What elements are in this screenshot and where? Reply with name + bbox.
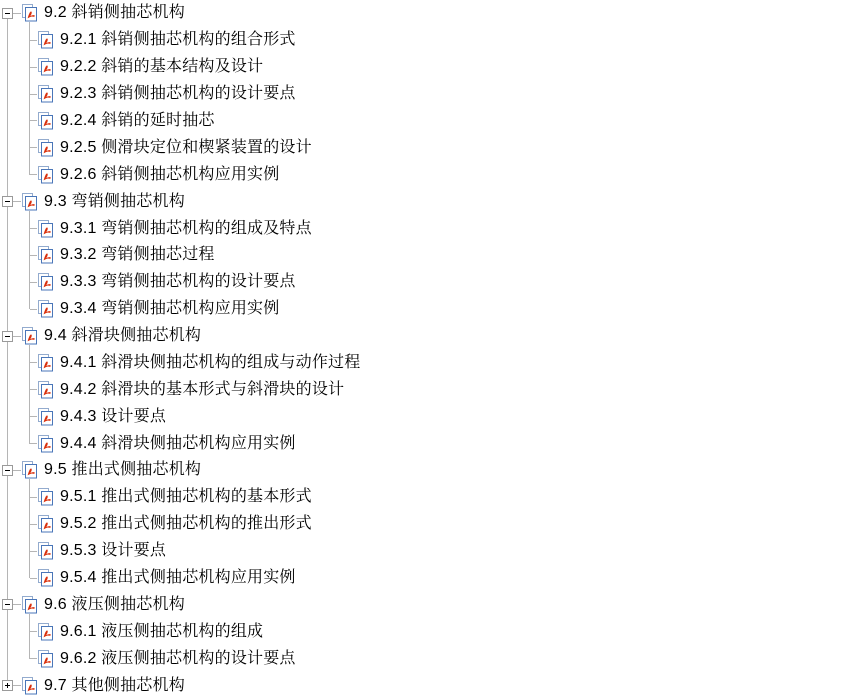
tree-stub-connector-line (30, 147, 37, 148)
tree-branch-connector-line (29, 22, 30, 174)
tree-item-section[interactable]: 9.3 弯销侧抽芯机构 (21, 188, 185, 215)
pdf-icon (37, 569, 55, 587)
tree-stub-connector-line (30, 228, 37, 229)
tree-item-label[interactable]: 9.3.4 弯销侧抽芯机构应用实例 (55, 301, 279, 317)
tree-stub-connector-line (30, 40, 37, 41)
pdf-icon (37, 300, 55, 318)
tree-item-subsection[interactable]: 9.5.2 推出式侧抽芯机构的推出形式 (37, 511, 312, 538)
tree-item-subsection[interactable]: 9.2.2 斜销的基本结构及设计 (37, 54, 263, 81)
pdf-icon (37, 112, 55, 130)
tree-item-label[interactable]: 9.4 斜滑块侧抽芯机构 (39, 328, 201, 344)
tree-stub-connector-line (30, 443, 37, 444)
pdf-icon (37, 31, 55, 49)
tree-item-label[interactable]: 9.5 推出式侧抽芯机构 (39, 462, 201, 478)
tree-branch-connector-line (29, 614, 30, 659)
pdf-icon (37, 166, 55, 184)
tree-item-subsection[interactable]: 9.2.3 斜销侧抽芯机构的设计要点 (37, 81, 296, 108)
tree-stub-connector-line (30, 362, 37, 363)
tree-item-section[interactable]: 9.5 推出式侧抽芯机构 (21, 457, 201, 484)
tree-item-label[interactable]: 9.6.1 液压侧抽芯机构的组成 (55, 624, 263, 640)
minus-icon (5, 604, 10, 605)
tree-stub-connector-line (30, 255, 37, 256)
tree-stub-connector-line (30, 67, 37, 68)
pdf-icon (21, 327, 39, 345)
tree-branch-connector-line (29, 211, 30, 310)
tree-stub-connector-line (30, 309, 37, 310)
tree-item-subsection[interactable]: 9.6.1 液压侧抽芯机构的组成 (37, 618, 263, 645)
tree-item-label[interactable]: 9.2.2 斜销的基本结构及设计 (55, 59, 263, 75)
tree-stub-connector-line (30, 658, 37, 659)
tree-item-label[interactable]: 9.3.2 弯销侧抽芯过程 (55, 247, 215, 263)
pdf-icon (21, 193, 39, 211)
tree-item-subsection[interactable]: 9.2.4 斜销的延时抽芯 (37, 108, 215, 135)
tree-stub-connector-line (30, 578, 37, 579)
tree-stub-connector-line (30, 497, 37, 498)
tree-item-section[interactable]: 9.7 其他侧抽芯机构 (21, 672, 185, 699)
pdf-icon (37, 650, 55, 668)
pdf-icon (37, 85, 55, 103)
tree-stub-connector-line (30, 120, 37, 121)
tree-item-subsection[interactable]: 9.4.3 设计要点 (37, 403, 166, 430)
pdf-icon (37, 58, 55, 76)
tree-stub-connector-line (30, 631, 37, 632)
tree-stub-connector-line (30, 174, 37, 175)
collapse-toggle[interactable] (2, 8, 13, 19)
tree-item-label[interactable]: 9.2.6 斜销侧抽芯机构应用实例 (55, 167, 279, 183)
collapse-toggle[interactable] (2, 331, 13, 342)
minus-icon (5, 336, 10, 337)
tree-item-label[interactable]: 9.4.4 斜滑块侧抽芯机构应用实例 (55, 436, 296, 452)
tree-item-subsection[interactable]: 9.3.4 弯销侧抽芯机构应用实例 (37, 296, 279, 323)
tree-stub-connector-line (13, 201, 21, 202)
tree-item-label[interactable]: 9.2.5 侧滑块定位和楔紧装置的设计 (55, 140, 312, 156)
tree-stub-connector-line (30, 94, 37, 95)
pdf-icon (37, 273, 55, 291)
pdf-icon (37, 488, 55, 506)
tree-stub-connector-line (13, 604, 21, 605)
tree-stub-connector-line (30, 282, 37, 283)
pdf-icon (21, 4, 39, 22)
tree-item-label[interactable]: 9.2.4 斜销的延时抽芯 (55, 113, 215, 129)
tree-item-subsection[interactable]: 9.4.2 斜滑块的基本形式与斜滑块的设计 (37, 376, 344, 403)
tree-item-subsection[interactable]: 9.2.6 斜销侧抽芯机构应用实例 (37, 161, 279, 188)
tree-item-subsection[interactable]: 9.2.1 斜销侧抽芯机构的组合形式 (37, 27, 296, 54)
tree-item-subsection[interactable]: 9.4.1 斜滑块侧抽芯机构的组成与动作过程 (37, 350, 360, 377)
tree-stub-connector-line (13, 685, 21, 686)
collapse-toggle[interactable] (2, 465, 13, 476)
tree-item-label[interactable]: 9.2.1 斜销侧抽芯机构的组合形式 (55, 32, 296, 48)
tree-item-label[interactable]: 9.3 弯销侧抽芯机构 (39, 194, 185, 210)
tree-item-subsection[interactable]: 9.2.5 侧滑块定位和楔紧装置的设计 (37, 134, 312, 161)
pdf-icon (37, 354, 55, 372)
tree-item-subsection[interactable]: 9.3.2 弯销侧抽芯过程 (37, 242, 215, 269)
minus-icon (5, 13, 10, 14)
tree-item-label[interactable]: 9.5.3 设计要点 (55, 543, 166, 559)
tree-stub-connector-line (13, 336, 21, 337)
tree-item-section[interactable]: 9.2 斜销侧抽芯机构 (21, 0, 185, 27)
minus-icon (5, 201, 10, 202)
tree-item-label[interactable]: 9.2.3 斜销侧抽芯机构的设计要点 (55, 86, 296, 102)
tree-item-label[interactable]: 9.4.1 斜滑块侧抽芯机构的组成与动作过程 (55, 355, 360, 371)
collapse-toggle[interactable] (2, 196, 13, 207)
tree-item-section[interactable]: 9.4 斜滑块侧抽芯机构 (21, 323, 201, 350)
pdf-icon (21, 596, 39, 614)
pdf-icon (21, 461, 39, 479)
tree-item-label[interactable]: 9.3.3 弯销侧抽芯机构的设计要点 (55, 274, 296, 290)
pdf-icon (37, 408, 55, 426)
minus-icon (5, 470, 10, 471)
tree-stub-connector-line (30, 524, 37, 525)
pdf-icon (37, 381, 55, 399)
tree-item-label[interactable]: 9.2 斜销侧抽芯机构 (39, 5, 185, 21)
tree-item-subsection[interactable]: 9.4.4 斜滑块侧抽芯机构应用实例 (37, 430, 296, 457)
pdf-bookmarks-tree: 9.2 斜销侧抽芯机构9.2.1 斜销侧抽芯机构的组合形式9.2.2 斜销的基本… (0, 0, 846, 699)
tree-item-label[interactable]: 9.5.2 推出式侧抽芯机构的推出形式 (55, 516, 312, 532)
tree-stub-connector-line (30, 389, 37, 390)
pdf-icon (21, 677, 39, 695)
expand-toggle[interactable] (2, 680, 13, 691)
pdf-icon (37, 623, 55, 641)
pdf-icon (37, 220, 55, 238)
pdf-icon (37, 246, 55, 264)
pdf-icon (37, 542, 55, 560)
tree-item-label[interactable]: 9.5.4 推出式侧抽芯机构应用实例 (55, 570, 296, 586)
tree-stub-connector-line (30, 416, 37, 417)
tree-item-label[interactable]: 9.3.1 弯销侧抽芯机构的组成及特点 (55, 221, 312, 237)
pdf-icon (37, 139, 55, 157)
tree-item-subsection[interactable]: 9.5.4 推出式侧抽芯机构应用实例 (37, 565, 296, 592)
tree-item-label[interactable]: 9.5.1 推出式侧抽芯机构的基本形式 (55, 489, 312, 505)
tree-stub-connector-line (30, 551, 37, 552)
tree-root-connector-line (7, 13, 8, 685)
tree-item-label[interactable]: 9.4.3 设计要点 (55, 409, 166, 425)
tree-branch-connector-line (29, 345, 30, 444)
pdf-icon (37, 435, 55, 453)
tree-branch-connector-line (29, 479, 30, 578)
tree-item-label[interactable]: 9.6 液压侧抽芯机构 (39, 597, 185, 613)
plus-icon-vertical-bar (7, 683, 8, 688)
tree-item-subsection[interactable]: 9.6.2 液压侧抽芯机构的设计要点 (37, 645, 296, 672)
tree-item-label[interactable]: 9.6.2 液压侧抽芯机构的设计要点 (55, 651, 296, 667)
tree-stub-connector-line (13, 470, 21, 471)
tree-item-label[interactable]: 9.7 其他侧抽芯机构 (39, 678, 185, 694)
tree-item-section[interactable]: 9.6 液压侧抽芯机构 (21, 591, 185, 618)
tree-item-subsection[interactable]: 9.3.1 弯销侧抽芯机构的组成及特点 (37, 215, 312, 242)
tree-item-subsection[interactable]: 9.5.3 设计要点 (37, 538, 166, 565)
pdf-icon (37, 515, 55, 533)
tree-item-subsection[interactable]: 9.3.3 弯销侧抽芯机构的设计要点 (37, 269, 296, 296)
tree-stub-connector-line (13, 13, 21, 14)
tree-item-subsection[interactable]: 9.5.1 推出式侧抽芯机构的基本形式 (37, 484, 312, 511)
collapse-toggle[interactable] (2, 599, 13, 610)
tree-item-label[interactable]: 9.4.2 斜滑块的基本形式与斜滑块的设计 (55, 382, 344, 398)
